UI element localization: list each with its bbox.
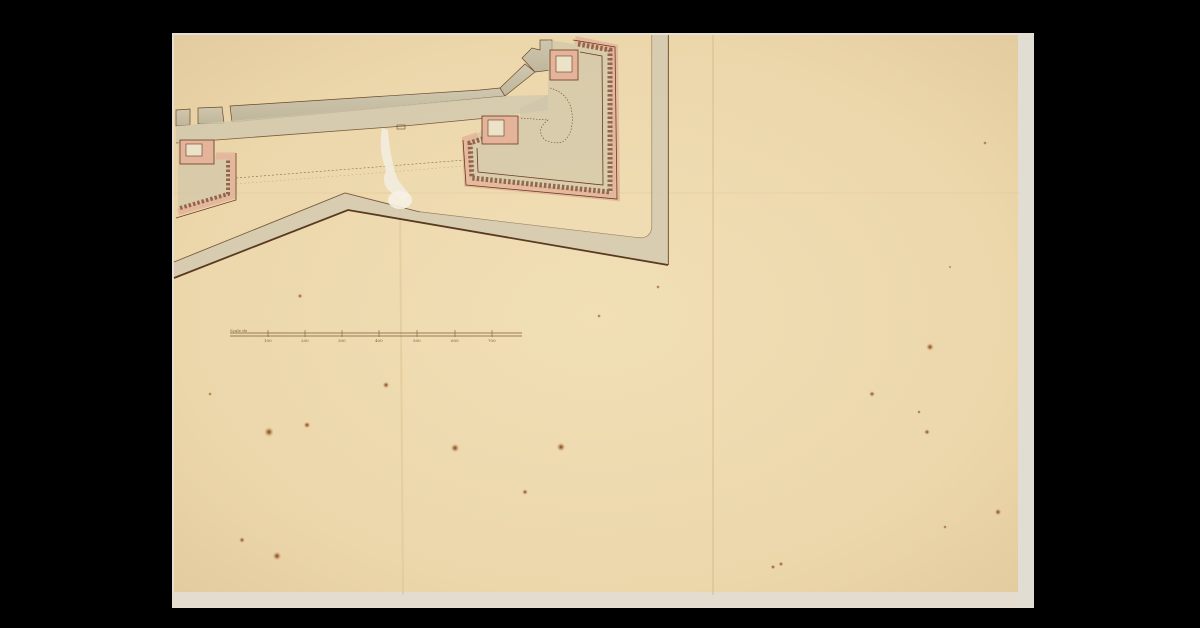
scale-tick: 200 bbox=[301, 338, 309, 343]
map-sheet: Scale de 100 200 300 400 500 600 700 bbox=[0, 0, 1200, 628]
scale-tick: 700 bbox=[488, 338, 496, 343]
scale-tick: 400 bbox=[375, 338, 383, 343]
scale-tick: 600 bbox=[451, 338, 459, 343]
scale-tick: 500 bbox=[413, 338, 421, 343]
scale-title: Scale de bbox=[230, 328, 248, 333]
scale-tick: 100 bbox=[264, 338, 272, 343]
scale-tick: 300 bbox=[338, 338, 346, 343]
